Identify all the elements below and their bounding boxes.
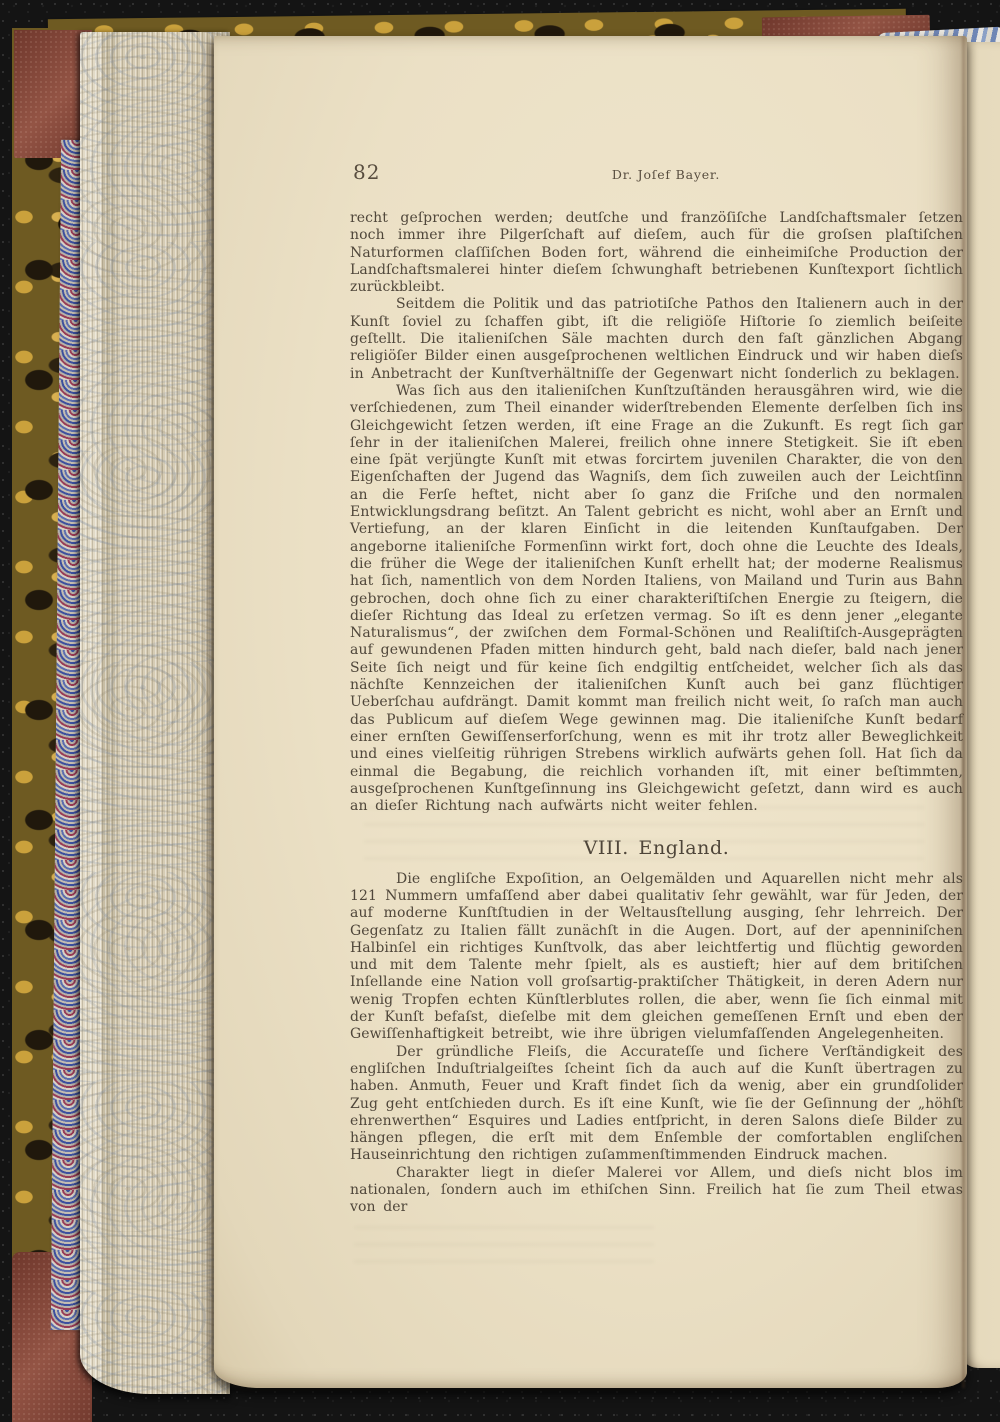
paragraph: recht geſprochen werden; deutſche und fr…	[350, 210, 963, 296]
text-block: recht geſprochen werden; deutſche und fr…	[350, 210, 963, 1217]
section-heading: VIII. England.	[350, 840, 963, 857]
paragraph: Seitdem die Politik und das patriotiſche…	[350, 296, 963, 382]
book-page: 82 Dr. Joſef Bayer. recht geſprochen wer…	[214, 36, 967, 1388]
paragraph: Der gründliche Fleiſs, die Accurateſſe u…	[350, 1044, 963, 1165]
show-through-smudge	[354, 1226, 654, 1272]
page-number: 82	[353, 160, 380, 184]
running-head: 82 Dr. Joſef Bayer.	[214, 36, 967, 96]
paragraph: Was ſich aus den italieniſchen Kunſtzuſt…	[350, 383, 963, 815]
paragraph: Charakter liegt in dieſer Malerei vor Al…	[350, 1165, 963, 1217]
paragraph: Die engliſche Expoſition, an Oelgemälden…	[350, 871, 963, 1044]
running-header: Dr. Joſef Bayer.	[612, 167, 720, 182]
page-block-fore-edge	[80, 32, 230, 1394]
photo-background: 82 Dr. Joſef Bayer. recht geſprochen wer…	[0, 0, 1000, 1422]
